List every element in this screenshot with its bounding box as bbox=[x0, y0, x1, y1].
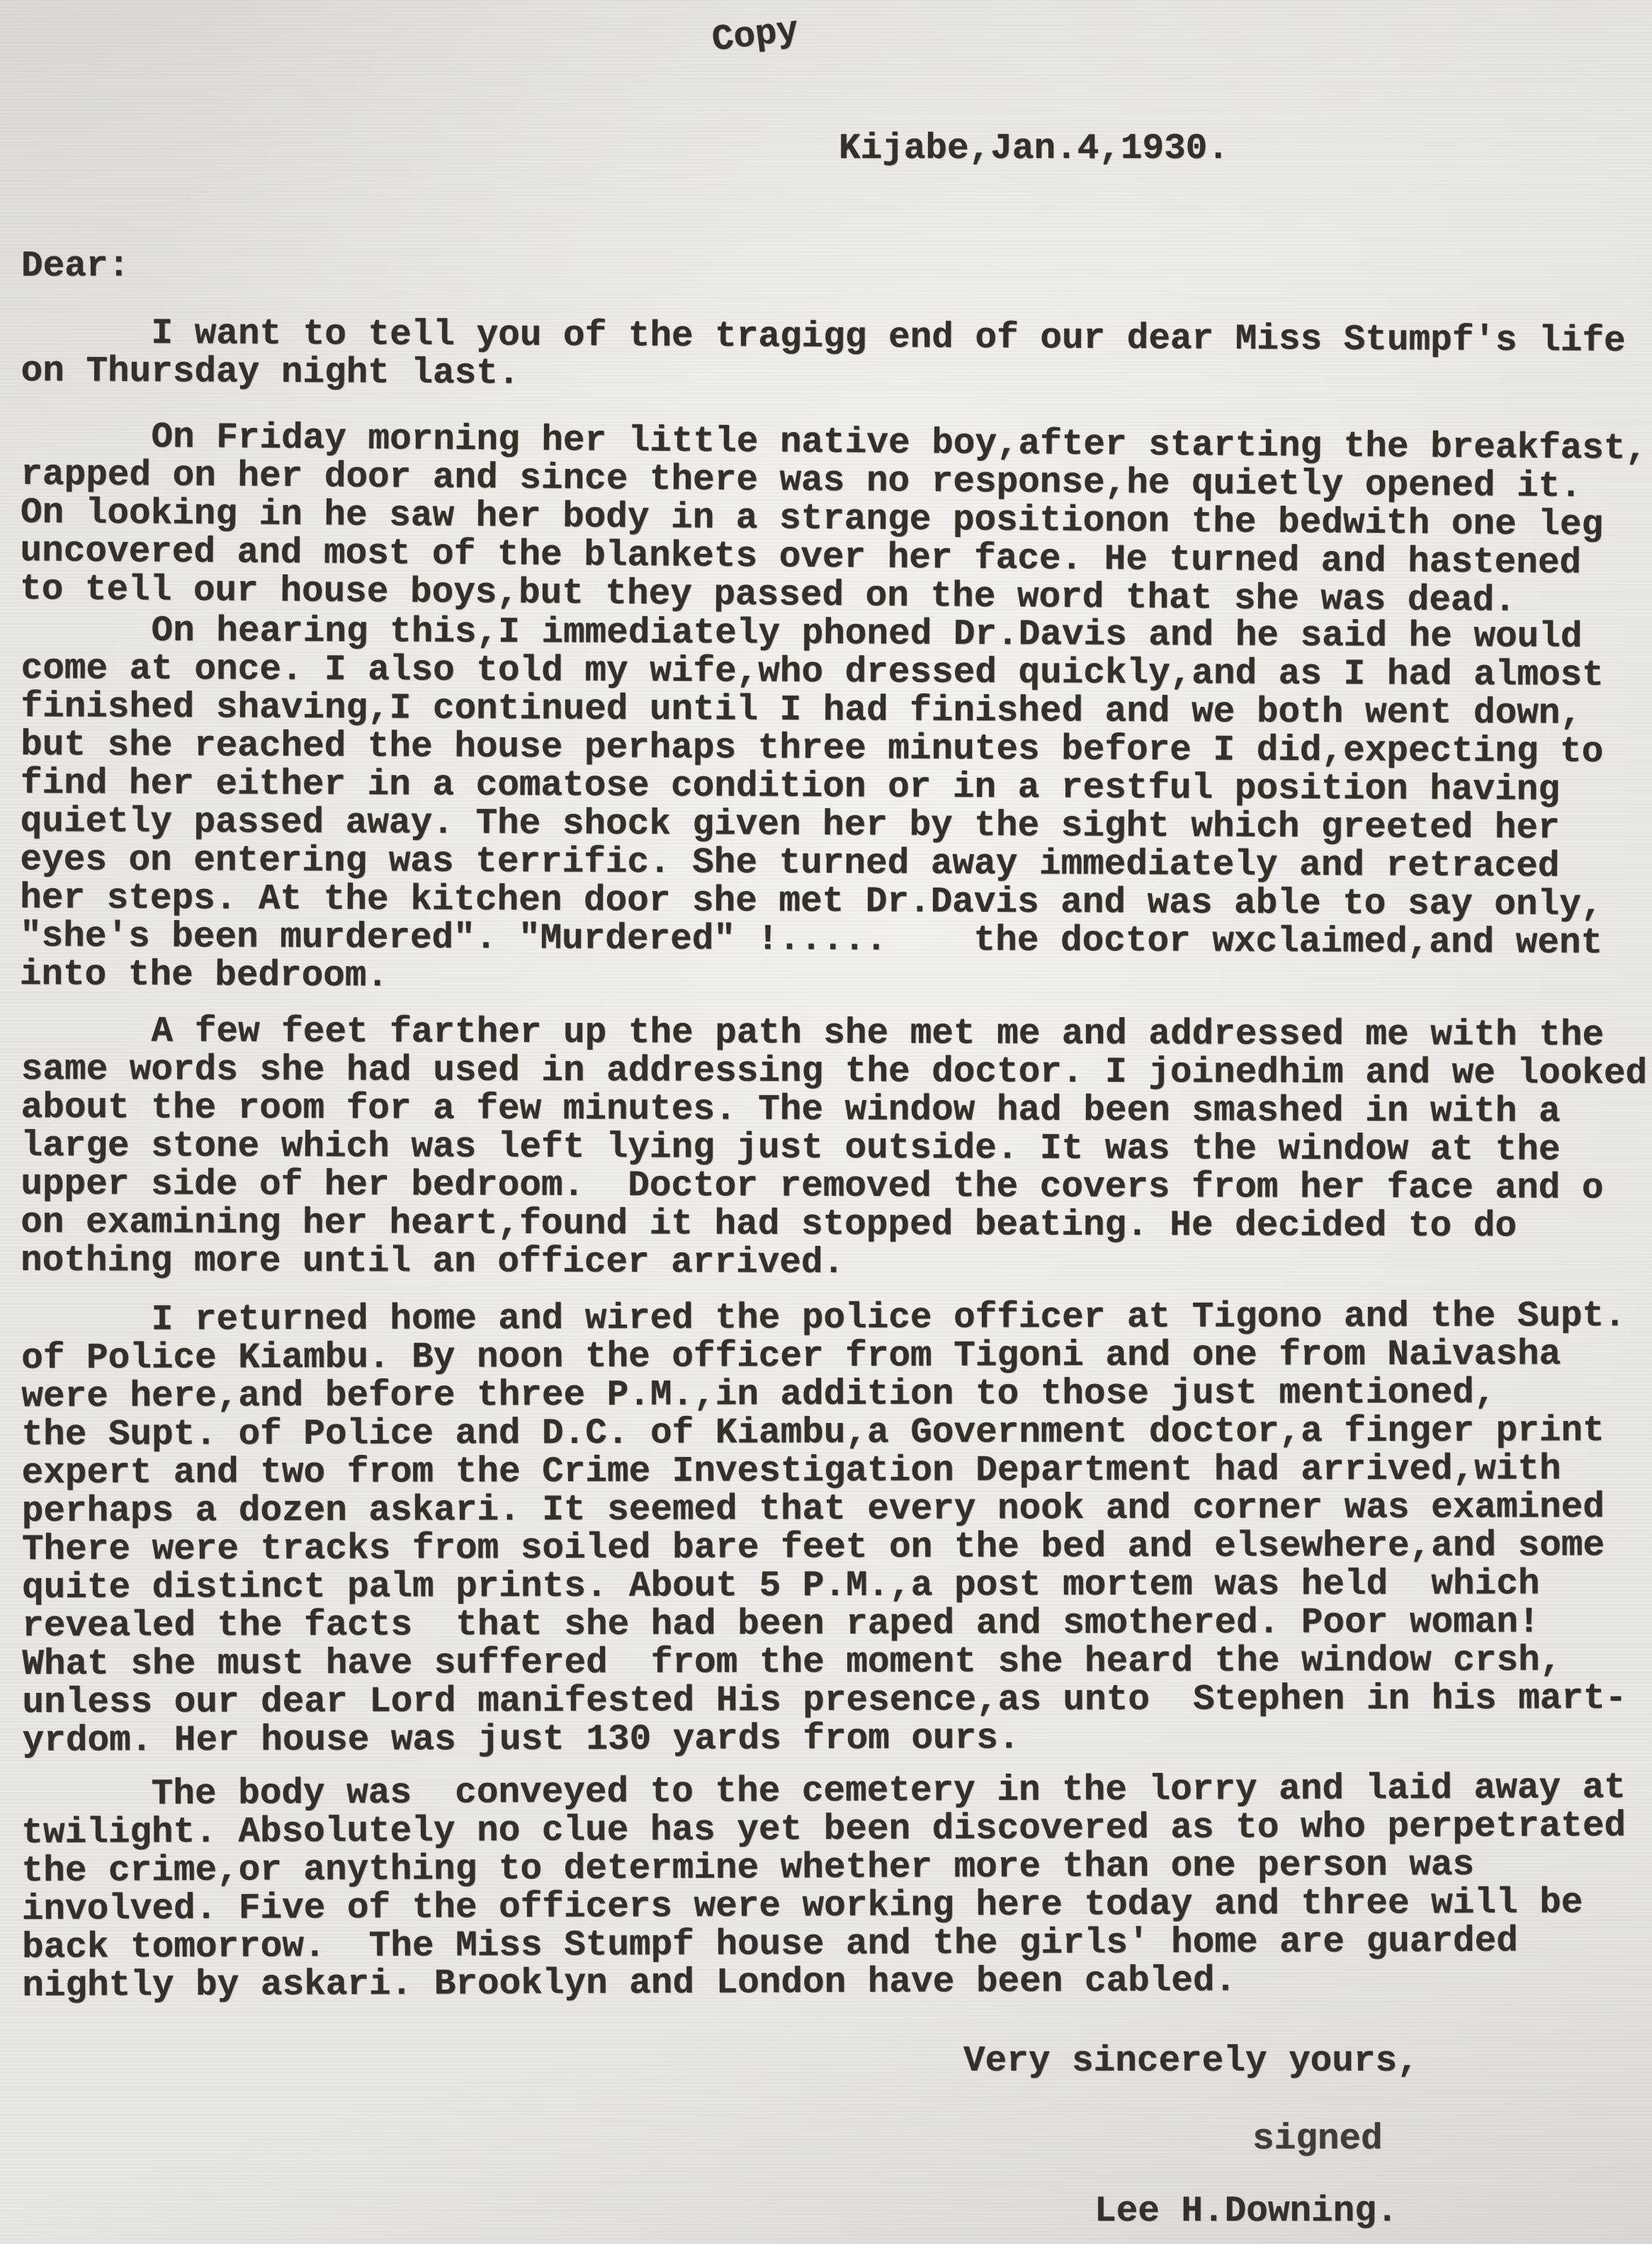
salutation: Dear: bbox=[21, 246, 130, 287]
letter-line: about the room for a few minutes. The wi… bbox=[21, 1089, 1643, 1132]
letter-paragraph: On hearing this,I immediately phoned Dr.… bbox=[20, 612, 1643, 1002]
letter-line: expert and two from the Crime Investigat… bbox=[22, 1451, 1644, 1493]
letter-paragraph: On Friday morning her little native boy,… bbox=[20, 418, 1643, 622]
dateline: Kijabe,Jan.4,1930. bbox=[839, 129, 1229, 169]
letter-line: the Supt. of Police and D.C. of Kiambu,a… bbox=[21, 1412, 1643, 1455]
closing-valediction: Very sincerely yours, bbox=[963, 2041, 1419, 2082]
letter-line: yrdom. Her house was just 130 yards from… bbox=[23, 1718, 1645, 1761]
letter-line: same words she had used in addressing th… bbox=[21, 1051, 1643, 1094]
letter-line: revealed the facts that she had been rap… bbox=[22, 1604, 1644, 1646]
letter-paragraph: I want to tell you of the tragigg end of… bbox=[21, 314, 1643, 399]
letter-line: back tomorrow. The Miss Stumpf house and… bbox=[22, 1922, 1644, 1968]
letter-line: perhaps a dozen askari. It seemed that e… bbox=[22, 1489, 1644, 1531]
letter-line: nightly by askari. Brooklyn and London h… bbox=[22, 1961, 1644, 2006]
letter-line: quite distinct palm prints. About 5 P.M.… bbox=[22, 1565, 1644, 1608]
letter-line: unless our dear Lord manifested His pres… bbox=[22, 1680, 1644, 1723]
letter-line: What she must have suffered from the mom… bbox=[22, 1642, 1644, 1684]
signature-name: Lee H.Downing. bbox=[1094, 2192, 1398, 2232]
letter-paragraph: The body was conveyed to the cemetery in… bbox=[21, 1769, 1644, 2006]
letter-page: Copy Kijabe,Jan.4,1930. Dear: I want to … bbox=[0, 0, 1652, 2244]
letter-line: I returned home and wired the police off… bbox=[21, 1298, 1643, 1340]
letter-line: nothing more until an officer arrived. bbox=[21, 1242, 1643, 1285]
letter-line: large stone which was left lying just ou… bbox=[21, 1128, 1643, 1170]
letter-line: A few feet farther up the path she met m… bbox=[21, 1013, 1643, 1055]
letter-line: of Police Kiambu. By noon the officer fr… bbox=[21, 1336, 1643, 1378]
copy-label: Copy bbox=[710, 11, 800, 61]
letter-line: were here,and before three P.M.,in addit… bbox=[21, 1374, 1643, 1417]
signed-note: signed bbox=[1252, 2119, 1383, 2160]
letter-line: into the bedroom. bbox=[20, 956, 1642, 1002]
letter-paragraph: A few feet farther up the path she met m… bbox=[21, 1013, 1643, 1285]
letter-line: upper side of her bedroom. Doctor remove… bbox=[21, 1166, 1643, 1208]
letter-line: There were tracks from soiled bare feet … bbox=[22, 1527, 1644, 1570]
letter-paragraph: I returned home and wired the police off… bbox=[21, 1298, 1645, 1761]
letter-line: on examining her heart,found it had stop… bbox=[21, 1204, 1643, 1247]
